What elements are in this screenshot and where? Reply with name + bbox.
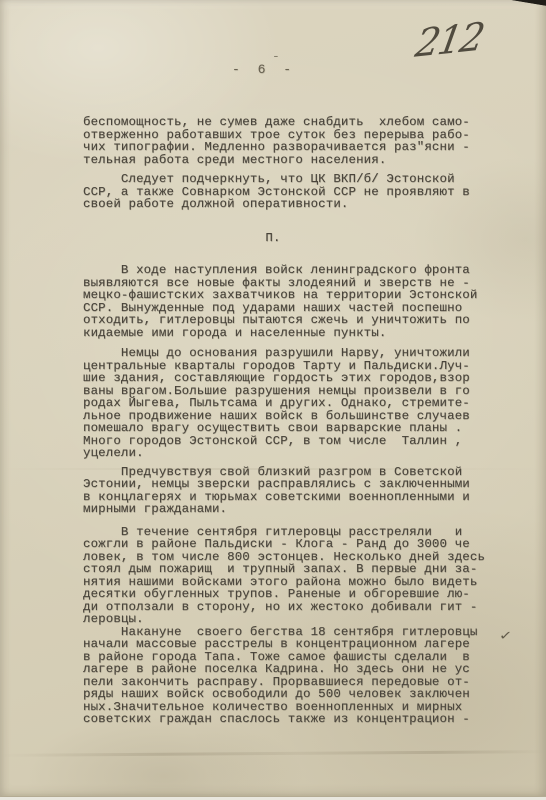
scan-corner-artifact (486, 0, 546, 10)
paragraph-central-committee-remark: Следует подчеркнуть, что ЦК ВКП/б/ Эстон… (83, 173, 503, 211)
document-page: 212 - - 6 - беспомощность, не сумев даже… (0, 0, 546, 800)
paragraph-september-executions: В течение сентября гитлеровцы расстрелял… (83, 526, 503, 626)
paragraph-destroyed-cities: Немцы до основания разрушили Нарву, унич… (83, 347, 503, 460)
paper-crease (0, 750, 546, 757)
typed-page-number-header: - 6 - (232, 62, 296, 77)
section-ii-marker: П. (83, 232, 503, 245)
margin-checkmark: ✓ (499, 626, 511, 646)
paragraph-tapa-kadrina-camps: Накануне своего бегства 18 сентября гитл… (83, 626, 503, 726)
paragraph-helplessness: беспомощность, не сумев даже снабдить хл… (83, 116, 503, 166)
paper-crease (0, 468, 546, 470)
document-body: беспомощность, не сумев даже снабдить хл… (83, 116, 503, 726)
handwritten-page-number: 212 (412, 14, 486, 66)
paragraph-camp-reprisals: Предчувствуя свой близкий разгром в Сове… (83, 466, 503, 516)
paragraph-leningrad-front-offensive: В ходе наступления войск ленинградского … (83, 264, 503, 339)
scan-edge (0, 796, 546, 800)
